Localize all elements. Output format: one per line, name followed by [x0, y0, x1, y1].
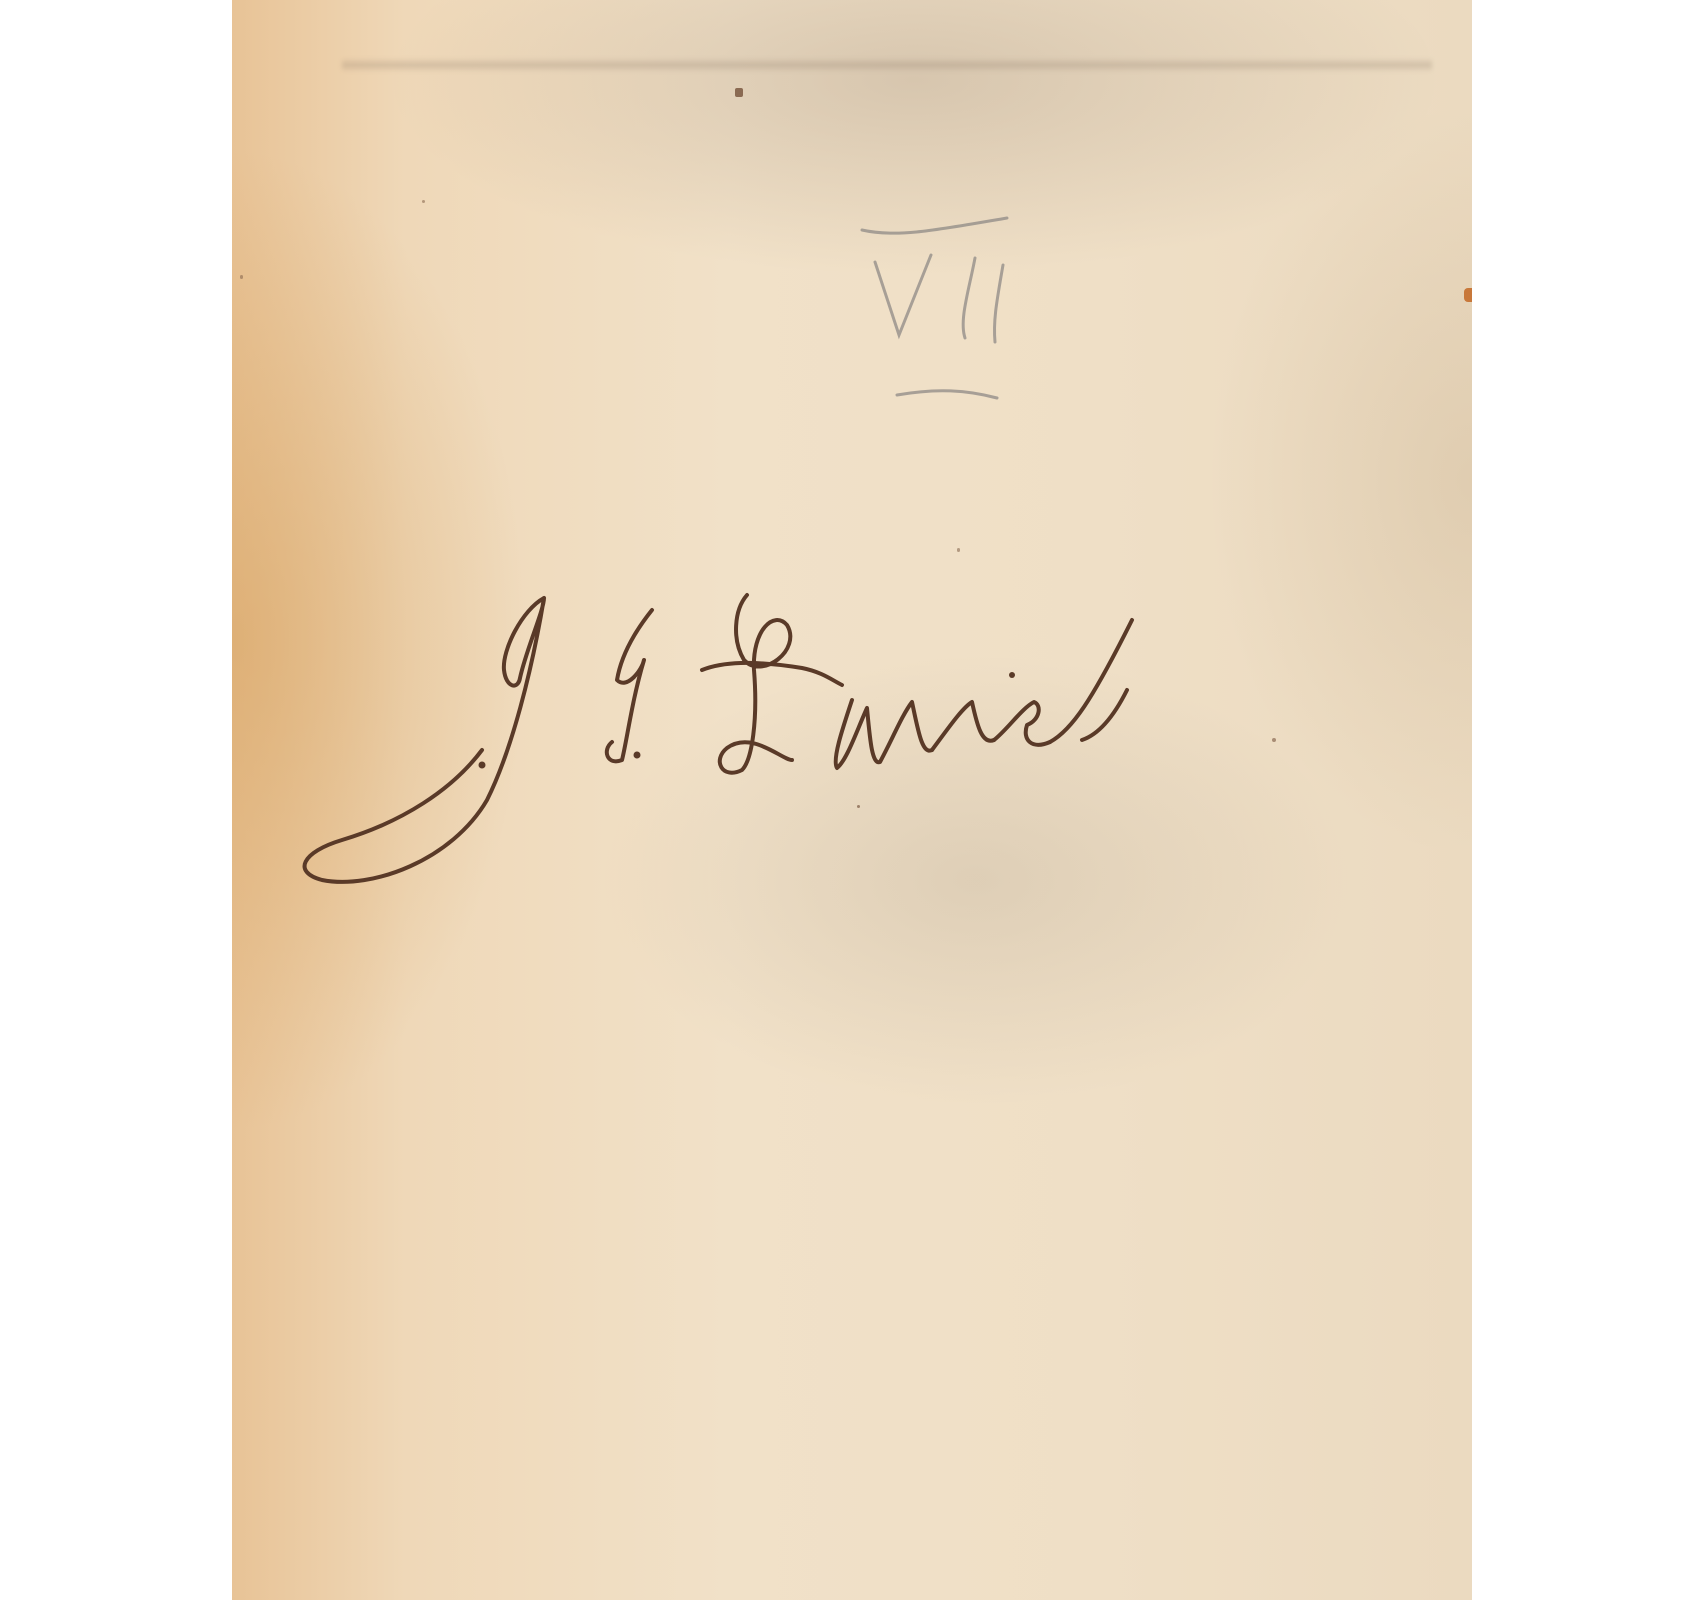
paper-fold-shadow	[342, 58, 1432, 72]
paper-speck	[422, 200, 425, 203]
image-frame: VII	[0, 0, 1700, 1600]
paper-speck	[240, 275, 243, 279]
paper-leaf: VII	[232, 0, 1472, 1600]
paper-speck	[957, 548, 960, 552]
signature-strokes	[282, 590, 1202, 920]
pencil-numeral-vii	[857, 210, 1017, 410]
paper-speck	[735, 88, 743, 97]
pencil-numeral-text: VII	[1017, 210, 1018, 211]
ink-signature: J. J. Davies	[282, 590, 1202, 920]
paper-speck	[1272, 738, 1276, 742]
signature-text: J. J. Davies	[1202, 590, 1203, 591]
edge-stain	[1464, 288, 1472, 302]
pencil-numeral: VII	[857, 210, 1017, 410]
